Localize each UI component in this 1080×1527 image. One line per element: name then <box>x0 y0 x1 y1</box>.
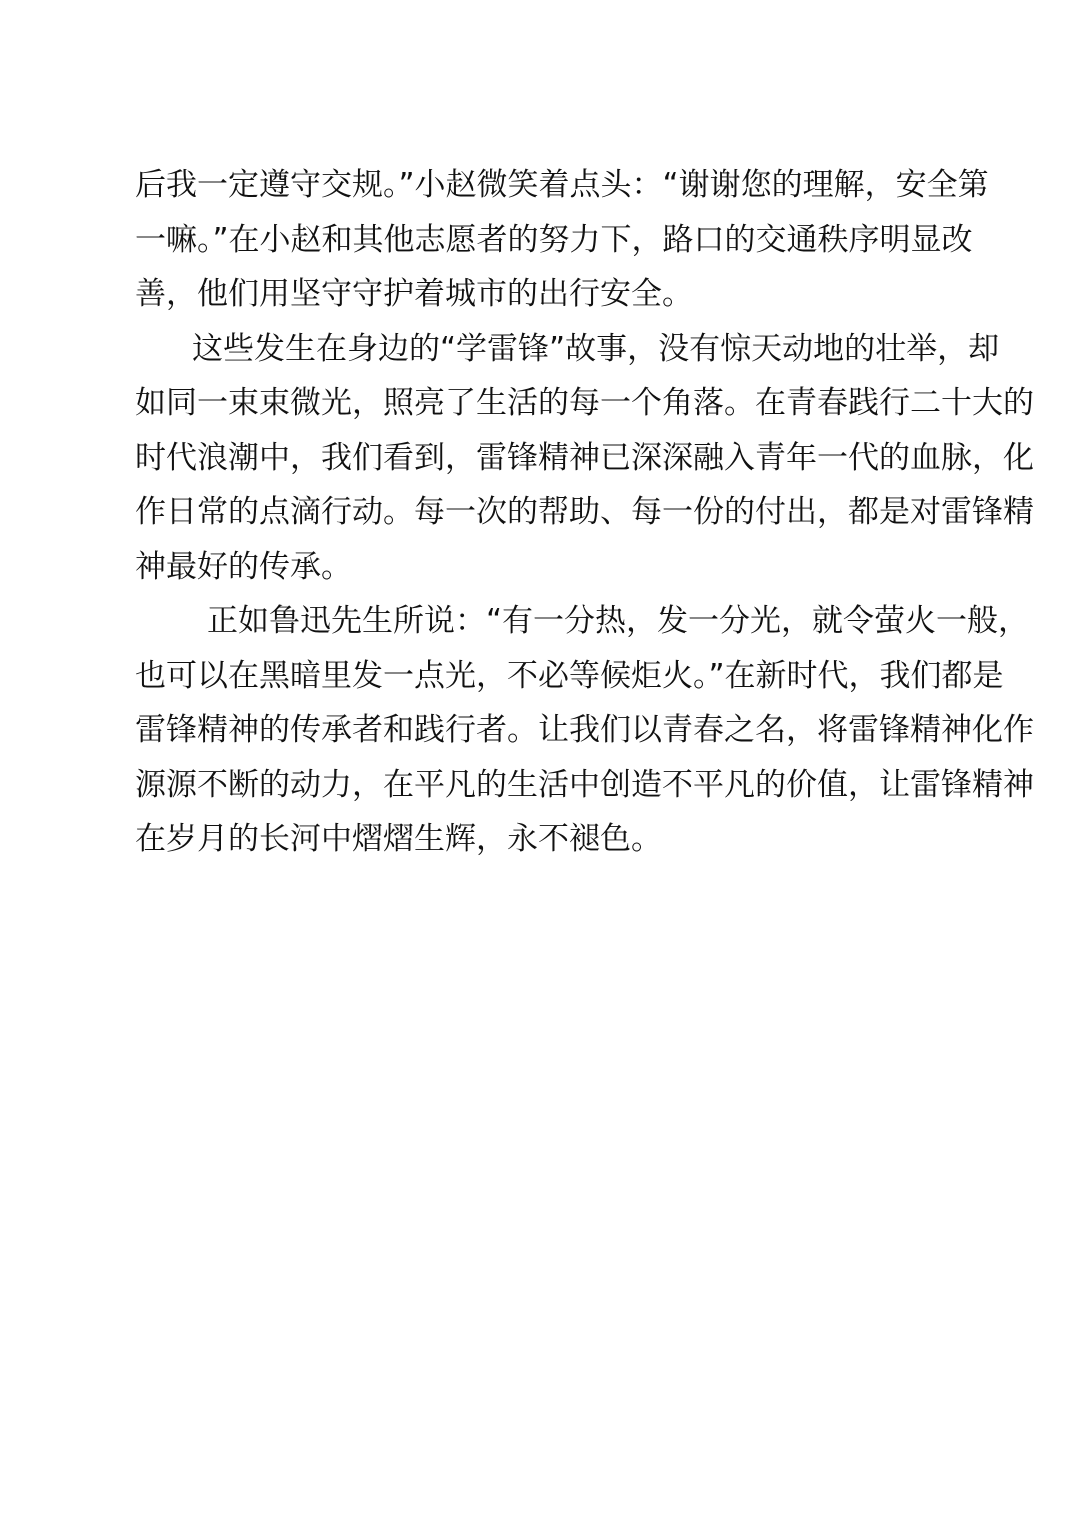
paragraph-2: 这些发生在身边的“学雷锋”故事，没有惊天动地的壮举，却 如同一束束微光，照亮了生… <box>135 322 955 595</box>
paragraph-1: 后我一定遵守交规。”小赵微笑着点头：“谢谢您的理解，安全第 一嘛。”在小赵和其他… <box>135 158 955 322</box>
text-line: 正如鲁迅先生所说：“有一分热，发一分光，就令萤火一般， <box>135 594 975 649</box>
text-line: 神最好的传承。 <box>135 540 955 595</box>
text-line: 后我一定遵守交规。”小赵微笑着点头：“谢谢您的理解，安全第 <box>135 158 955 213</box>
text-line: 时代浪潮中，我们看到，雷锋精神已深深融入青年一代的血脉，化 <box>135 431 955 486</box>
text-line: 如同一束束微光，照亮了生活的每一个角落。在青春践行二十大的 <box>135 376 955 431</box>
paragraph-3: 正如鲁迅先生所说：“有一分热，发一分光，就令萤火一般， 也可以在黑暗里发一点光，… <box>135 594 955 867</box>
document-page: 后我一定遵守交规。”小赵微笑着点头：“谢谢您的理解，安全第 一嘛。”在小赵和其他… <box>0 0 1080 1527</box>
text-line: 善，他们用坚守守护着城市的出行安全。 <box>135 267 955 322</box>
text-line: 也可以在黑暗里发一点光，不必等候炬火。”在新时代，我们都是 <box>135 649 955 704</box>
text-line: 这些发生在身边的“学雷锋”故事，没有惊天动地的壮举，却 <box>135 322 955 377</box>
text-line: 作日常的点滴行动。每一次的帮助、每一份的付出，都是对雷锋精 <box>135 485 955 540</box>
body-text: 后我一定遵守交规。”小赵微笑着点头：“谢谢您的理解，安全第 一嘛。”在小赵和其他… <box>135 158 955 867</box>
text-line: 一嘛。”在小赵和其他志愿者的努力下，路口的交通秩序明显改 <box>135 213 955 268</box>
text-line: 在岁月的长河中熠熠生辉，永不褪色。 <box>135 812 955 867</box>
text-line: 源源不断的动力，在平凡的生活中创造不平凡的价值，让雷锋精神 <box>135 758 955 813</box>
text-line: 雷锋精神的传承者和践行者。让我们以青春之名，将雷锋精神化作 <box>135 703 955 758</box>
